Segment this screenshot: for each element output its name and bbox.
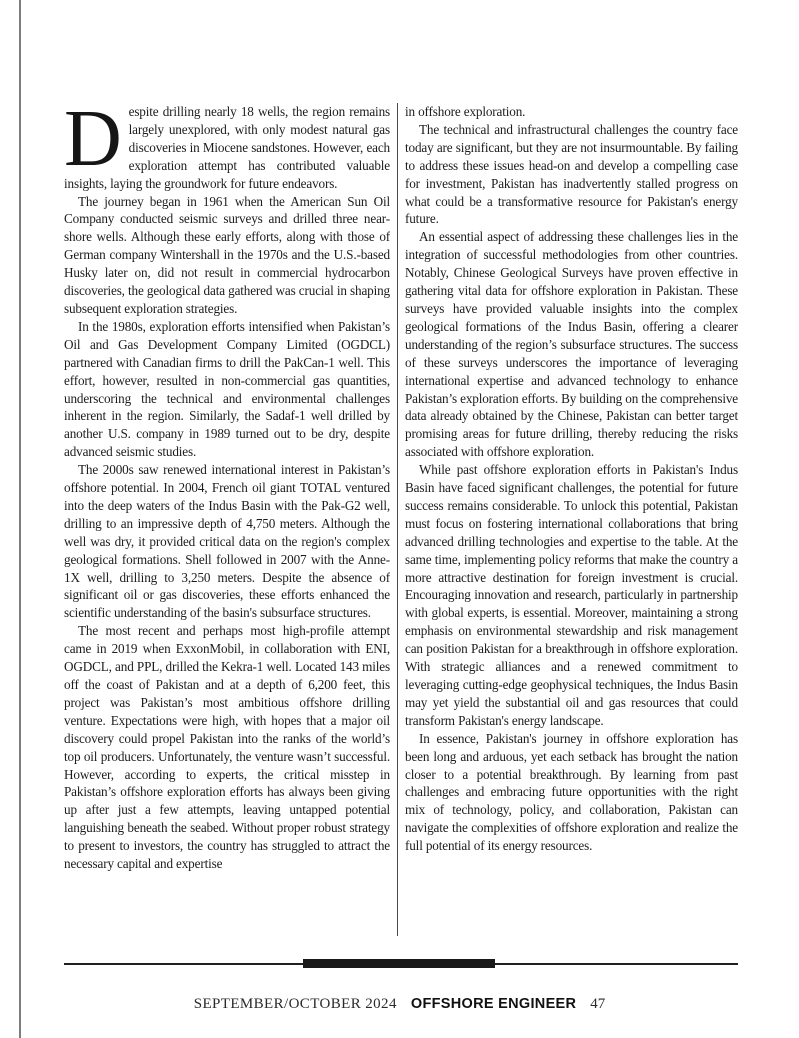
paragraph-continuation: in offshore exploration. [405,103,738,121]
article-body: Despite drilling nearly 18 wells, the re… [64,103,738,936]
footer-issue-date: SEPTEMBER/OCTOBER 2024 [194,996,397,1012]
footer: SEPTEMBER/OCTOBER 2024 OFFSHORE ENGINEER… [0,995,799,1013]
footer-page-number: 47 [590,996,605,1012]
paragraph: The most recent and perhaps most high-pr… [64,622,390,873]
article-column-right: in offshore exploration. The technical a… [405,103,738,936]
paragraph: Despite drilling nearly 18 wells, the re… [64,103,390,193]
paragraph: In the 1980s, exploration efforts intens… [64,318,390,461]
footer-magazine-title: OFFSHORE ENGINEER [411,996,576,1012]
magazine-page: Despite drilling nearly 18 wells, the re… [0,0,799,1038]
article-column-left: Despite drilling nearly 18 wells, the re… [64,103,390,936]
paragraph: While past offshore exploration efforts … [405,461,738,730]
drop-cap: D [64,103,129,170]
paragraph: The 2000s saw renewed international inte… [64,461,390,622]
paragraph: The journey began in 1961 when the Ameri… [64,193,390,318]
paragraph: An essential aspect of addressing these … [405,228,738,461]
paragraph: In essence, Pakistan's journey in offsho… [405,730,738,855]
page-edge-line [19,0,21,1038]
footer-rule-center-bar [303,959,495,968]
paragraph: The technical and infrastructural challe… [405,121,738,228]
column-divider-rule [397,103,398,936]
